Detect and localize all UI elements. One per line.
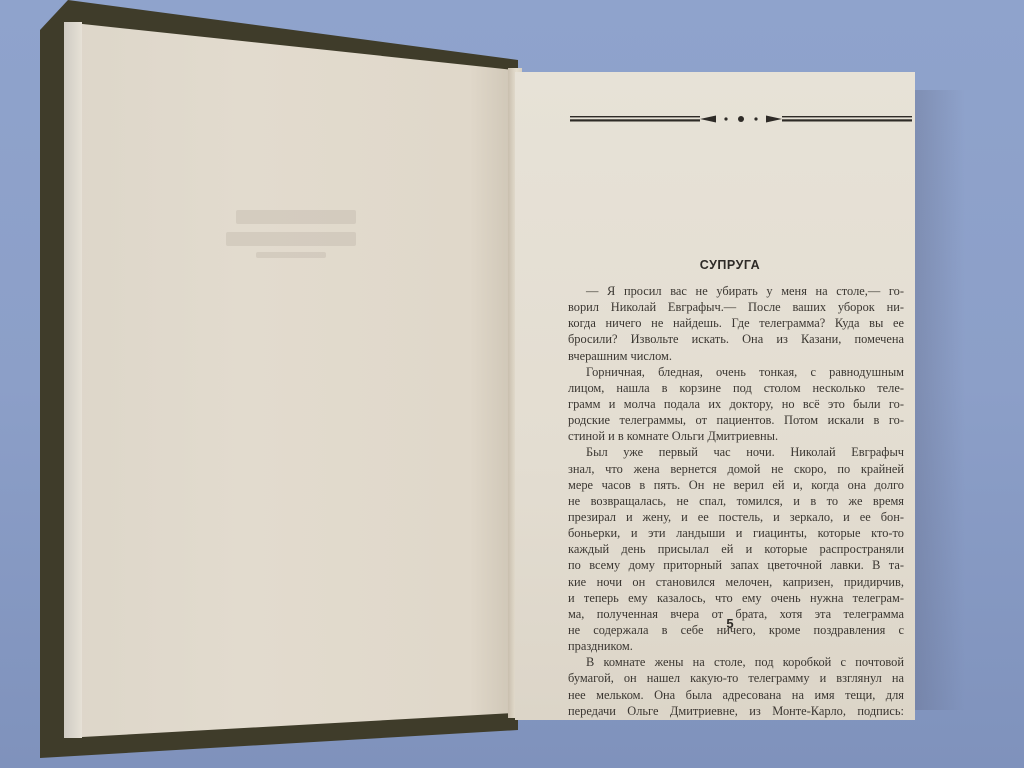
text-line: боньерки, и эти ландыши и гиацинты, кото… [568, 525, 904, 541]
text-line: презирал и жену, и ее постель, и зеркало… [568, 509, 904, 525]
text-line: вчерашним числом. [568, 348, 904, 364]
text-line: Горничная, бледная, очень тонкая, с равн… [568, 364, 904, 380]
page-number: 5 [560, 616, 900, 631]
text-line: и теперь ему казалось, что ему очень нуж… [568, 590, 904, 606]
text-line: лицом, нашла в корзине под столом нескол… [568, 380, 904, 396]
text-line: мере часов в пять. Он не верил ей и, ког… [568, 477, 904, 493]
text-line: бросили? Извольте искать. Она из Казани,… [568, 331, 904, 347]
show-through-subtitle [256, 252, 326, 258]
text-line: передачи Ольге Дмитриевне, из Монте-Карл… [568, 703, 904, 719]
text-line: В комнате жены на столе, под коробкой с … [568, 654, 904, 670]
left-page [64, 18, 514, 738]
left-page-edge [64, 22, 82, 738]
flourish-icon [570, 114, 912, 124]
text-line: кие ночи он становился мелочен, капризен… [568, 574, 904, 590]
ornament-divider [570, 114, 912, 124]
text-line: знал, что жена вернется домой не скоро, … [568, 461, 904, 477]
chapter-title: СУПРУГА [560, 258, 900, 272]
body-text: — Я просил вас не убирать у меня на стол… [568, 283, 904, 719]
text-line: бумагой, он нашел какую-то телеграмму и … [568, 670, 904, 686]
text-line: нее мельком. Она была адресована на имя … [568, 687, 904, 703]
show-through-title-line-1 [236, 210, 356, 224]
show-through-title-line-2 [226, 232, 356, 246]
text-line: ворил Николай Евграфыч.— После ваших убо… [568, 299, 904, 315]
text-line: праздником. [568, 638, 904, 654]
text-line: — Я просил вас не убирать у меня на стол… [568, 283, 904, 299]
text-line: Был уже первый час ночи. Николай Евграфы… [568, 444, 904, 460]
text-line: не возвращалась, не спал, томился, и в т… [568, 493, 904, 509]
text-line: грамм и молча подала их доктору, но всё … [568, 396, 904, 412]
text-line: стиной и в комнате Ольги Дмитриевны. [568, 428, 904, 444]
text-line: родские телеграммы, от пациентов. Потом … [568, 412, 904, 428]
text-line: по всему дому приторный запах цветочной … [568, 557, 904, 573]
text-line: когда ничего не найдешь. Где телеграмма?… [568, 315, 904, 331]
text-line: каждый день присылал ей и которые распро… [568, 541, 904, 557]
